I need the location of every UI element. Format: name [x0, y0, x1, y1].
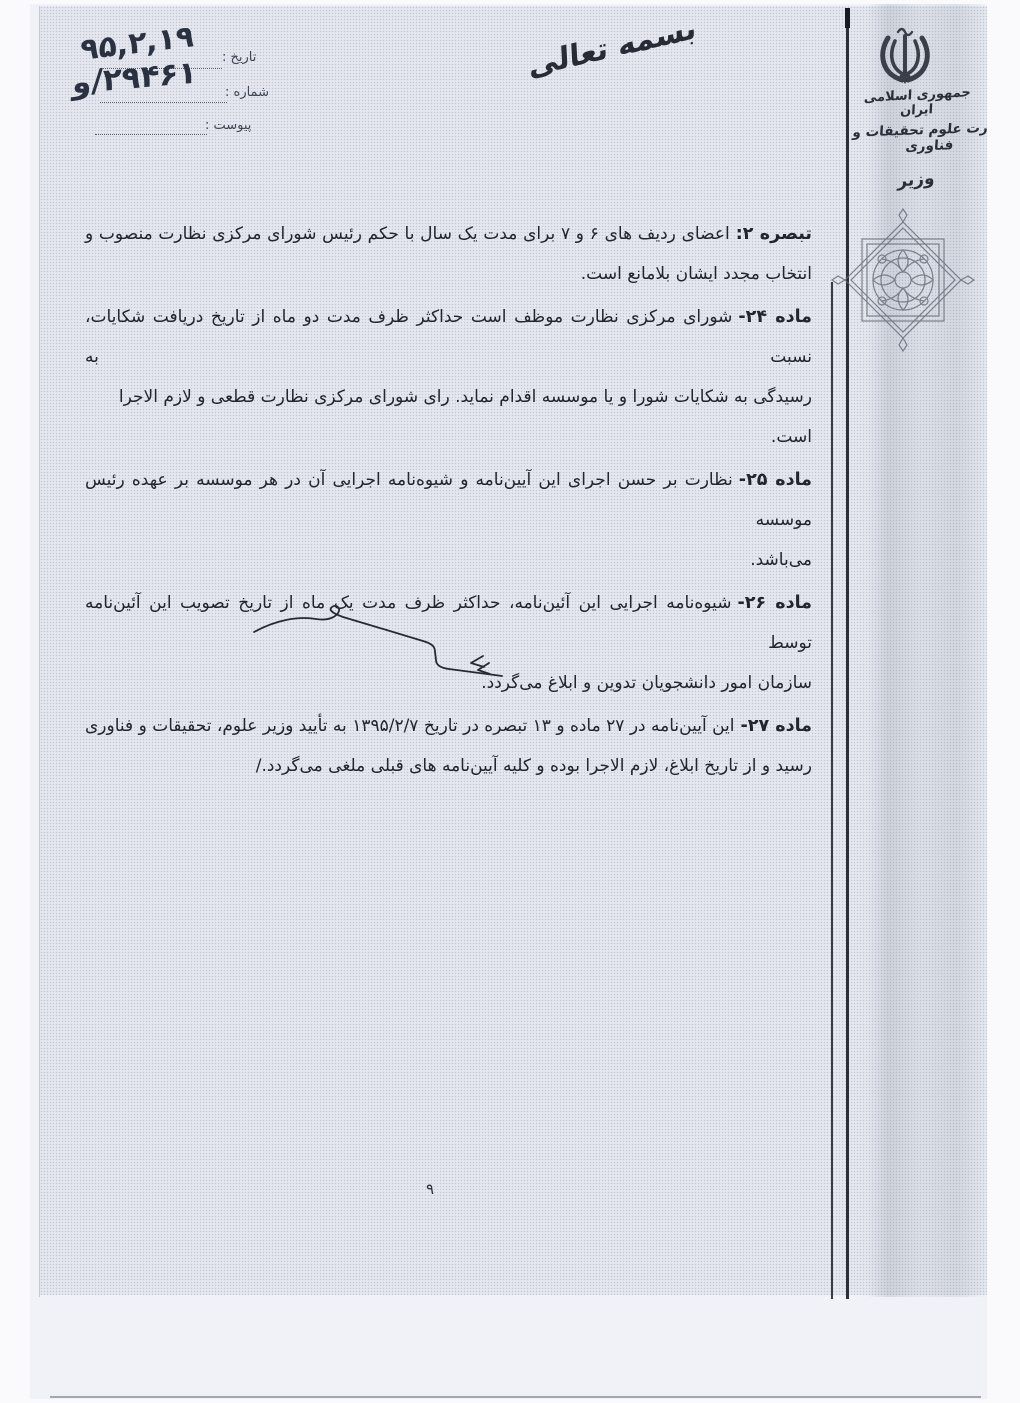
paragraph-text: شورای مرکزی نظارت موظف است حداکثر ظرف مد…	[85, 307, 812, 367]
paragraph-text: رسیدگی به شکایات شورا و یا موسسه اقدام ن…	[85, 377, 812, 457]
paper-left-edge	[39, 6, 40, 1297]
paragraph-label: ماده ۲۴-	[738, 307, 812, 327]
paragraph-label: ماده ۲۷-	[741, 716, 812, 736]
paragraph-label: ماده ۲۵-	[739, 470, 812, 490]
paper-bottom-edge	[50, 1396, 981, 1398]
number-dotted-line	[100, 101, 227, 103]
star-medallion-ornament-icon	[830, 207, 976, 353]
paragraph-label: تبصره ۲:	[736, 224, 812, 244]
ministry-name: وزارت علوم تحقیقات و فناوری	[849, 119, 987, 157]
document-body: تبصره ۲:اعضای ردیف های ۶ و ۷ برای مدت یک…	[85, 214, 812, 789]
iran-coat-of-arms-icon	[876, 20, 934, 88]
paragraph-madeh-24: ماده ۲۴-شورای مرکزی نظارت موظف است حداکث…	[85, 297, 812, 457]
vertical-rule-inner	[831, 282, 833, 1299]
scanned-document-page: ۹۵,۲,۱۹ تاریخ : ۲۹۴۶۱/و شماره : پیوست : …	[30, 4, 987, 1399]
paragraph-label: ماده ۲۶-	[737, 593, 812, 613]
paragraph-text: این آیین‌نامه در ۲۷ ماده و ۱۳ تبصره در ت…	[85, 716, 735, 736]
paragraph-madeh-25: ماده ۲۵-نظارت بر حسن اجرای این آیین‌نامه…	[85, 460, 812, 580]
paragraph-text: رسید و از تاریخ ابلاغ، لازم الاجرا بوده …	[85, 746, 812, 786]
page-number: ۹	[415, 1180, 445, 1198]
number-label: شماره :	[225, 85, 269, 100]
paragraph-text: نظارت بر حسن اجرای این آیین‌نامه و شیوه‌…	[85, 470, 812, 530]
handwritten-signature-icon	[240, 598, 540, 683]
scan-shading-band	[867, 4, 987, 1297]
vertical-rule-outer	[846, 8, 849, 1299]
date-label: تاریخ :	[222, 50, 256, 65]
attachment-dotted-line	[95, 133, 207, 135]
paragraph-text: انتخاب مجدد ایشان بلامانع است.	[85, 254, 812, 294]
paragraph-text: می‌باشد.	[85, 540, 812, 580]
paragraph-tabsereh-2: تبصره ۲:اعضای ردیف های ۶ و ۷ برای مدت یک…	[85, 214, 812, 294]
paragraph-madeh-27: ماده ۲۷-این آیین‌نامه در ۲۷ ماده و ۱۳ تب…	[85, 706, 812, 786]
attachment-label: پیوست :	[205, 118, 251, 133]
paragraph-text: اعضای ردیف های ۶ و ۷ برای مدت یک سال با …	[85, 224, 730, 244]
